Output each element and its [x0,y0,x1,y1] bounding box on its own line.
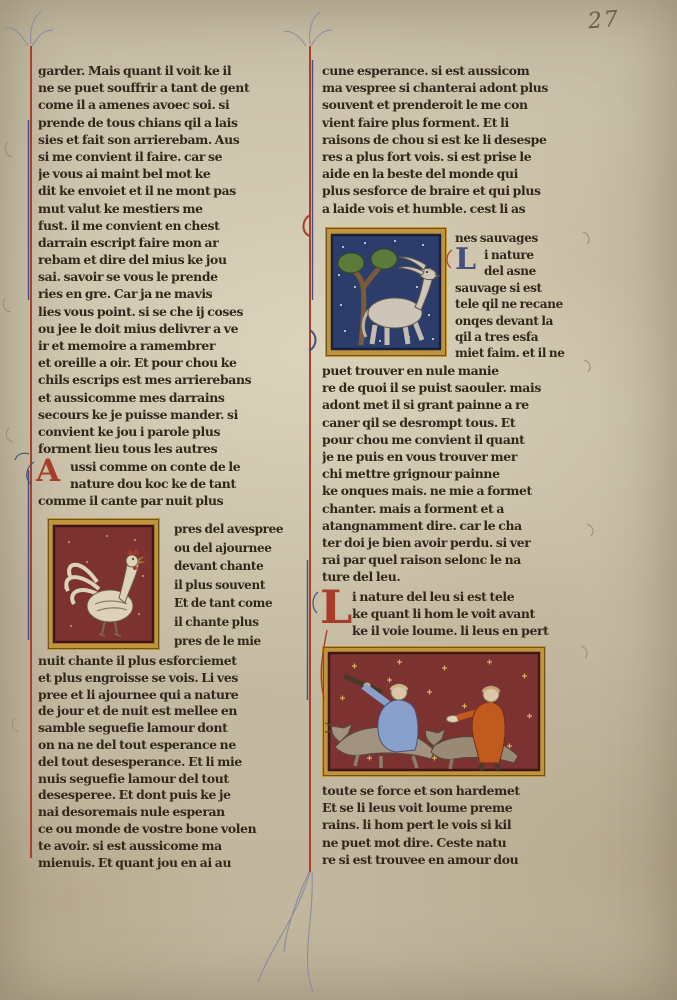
text-line: lies vous point. si se che ij coses [38,303,294,320]
cock-miniature-art [47,518,160,650]
text-line: ou del ajournee [174,539,294,558]
text-line: ke onques mais. ne mie a formet [322,482,580,499]
text-line: garder. Mais quant il voit ke il [38,62,294,79]
text-line: qil a tres esfa [455,329,581,345]
text-line: caner qil se desrompt tous. Et [322,414,580,431]
cock-miniature [47,518,160,654]
text-line: pree et li ajournee qui a nature [38,687,294,704]
text-line: adont met il si grant painne a re [322,396,580,413]
text-line: pres del avespree [174,520,294,539]
text-line: onqes devant la [455,313,581,329]
text-line: i nature del leu si est tele [352,588,580,605]
text-line: sai. savoir se vous le prende [38,268,294,285]
text-line: pour chou me convient il quant [322,431,580,448]
text-line: cune esperance. si est aussicom [322,62,580,79]
text-line: pres de le mie [174,632,294,651]
text-line: del asne [484,263,582,279]
text-line: ke il voie loume. li leus en pert [352,622,580,639]
text-line: toute se force et son hardemet [322,782,580,799]
left-column-initial-a-text: ussi comme on conte de lenature dou koc … [70,458,294,492]
text-line: aide en la beste del monde qui [322,165,580,182]
photograph-frame: 27 garder. Mais quant il voit ke ilne se… [0,0,677,1000]
text-line: convient ke jou i parole plus [38,423,294,440]
text-line: re si est trouvee en amour dou [322,851,580,868]
text-line: ture del leu. [322,568,580,585]
folio-number: 27 [587,7,621,35]
text-line: ir et memoire a ramembrer [38,337,294,354]
blue-robe [378,700,418,752]
text-line: nuis seguefie lamour del tout [38,771,294,788]
left-column-lower-text: nuit chante il plus esforciemetet plus e… [38,653,294,871]
text-line: ke quant li hom le voit avant [352,605,580,622]
text-line: vient faire plus forment. Et li [322,114,580,131]
text-line: comme il cante par nuit plus [38,492,294,509]
eye [132,558,134,560]
manuscript-page: 27 garder. Mais quant il voit ke ilne se… [0,0,677,1000]
text-line: atangnamment dire. car le cha [322,517,580,534]
text-line: rains. li hom pert le vois si kil [322,816,580,833]
left-column-upper-text: garder. Mais quant il voit ke ilne se pu… [38,62,294,457]
text-line: je vous ai maint bel mot ke [38,165,294,182]
text-line: ce ou monde de vostre bone volen [38,821,294,838]
text-line: mut valut ke mestiers me [38,200,294,217]
text-line: i nature [484,247,582,263]
text-line: rai par quel raison selonc le na [322,551,580,568]
head [126,555,138,567]
rule-hook [303,215,310,236]
text-line: a laide vois et humble. cest li as [322,200,580,217]
tree-foliage [371,249,397,269]
decorated-initial-a: A [36,456,60,487]
text-line: prende de tous chians qil a lais [38,114,294,131]
text-line: puet trouver en nule manie [322,362,580,379]
text-line: fust. il me convient en chest [38,217,294,234]
text-line: mienuis. Et quant jou en ai au [38,855,294,872]
top-flourish [284,12,332,46]
tree-foliage [338,253,364,273]
text-line: nai desoremais nule esperan [38,804,294,821]
text-line: ne se puet souffrir a tant de gent [38,79,294,96]
text-line: ou jee le doit mius delivrer a ve [38,320,294,337]
wild-ass-miniature [325,227,447,361]
text-line: plus sesforce de braire et qui plus [322,182,580,199]
wattle [133,566,137,570]
wild-ass-miniature-art [325,227,447,357]
text-line: nuit chante il plus esforciemet [38,653,294,670]
rule-hook [309,330,316,351]
text-line: ne puet mot dire. Ceste natu [322,834,580,851]
text-line: sauvage si est [455,280,581,296]
decorated-initial-l-leu: L [320,584,352,630]
text-line: et plus engroisse se vois. Li ves [38,670,294,687]
wolves-miniature [322,646,546,781]
text-line: darrain escript faire mon ar [38,234,294,251]
text-line: secours ke je puisse mander. si [38,406,294,423]
wolves-miniature-art [322,646,546,777]
text-line: forment lieu tous les autres [38,440,294,457]
text-line: il plus souvent [174,576,294,595]
text-line: sies et fait son arrierebam. Aus [38,131,294,148]
decorated-initial-l-asne: L [455,245,476,275]
right-column-lower-text: toute se force et son hardemetEt se li l… [322,782,580,868]
right-column-mid-text: puet trouver en nule maniere de quoi il … [322,362,580,585]
text-line: dit ke envoiet et il ne mont pas [38,182,294,199]
right-column-initial-l1-text: i naturedel asne [484,247,582,280]
text-line: souvent et prenderoit le me con [322,96,580,113]
text-line: rebam et dire del mius ke jou [38,251,294,268]
text-line: res a plus fort vois. si est prise le [322,148,580,165]
text-line: de jour et de nuit est mellee en [38,703,294,720]
text-line: come il a amenes avoec soi. si [38,96,294,113]
text-line: del tout desesperance. Et li mie [38,754,294,771]
text-line: nature dou koc ke de tant [70,475,294,492]
top-flourish [6,12,53,46]
text-line: samble seguefie lamour dont [38,720,294,737]
text-line: Et se li leus voit loume preme [322,799,580,816]
text-line: si me convient il faire. car se [38,148,294,165]
text-line: je ne puis en vous trouver mer [322,448,580,465]
body [368,298,422,328]
left-column-text-beside-cock: pres del avespreeou del ajourneedevant c… [174,520,294,650]
text-line: ma vespree si chanterai adont plus [322,79,580,96]
text-line: Et de tant come [174,594,294,613]
text-line: on na ne del tout esperance ne [38,737,294,754]
text-line: miet faim. et il ne [455,345,581,361]
text-line: et oreille a oir. Et pour chou ke [38,354,294,371]
bottom-flourish [258,872,313,992]
text-line: et aussicomme mes darrains [38,389,294,406]
text-line: raisons de chou si est ke li desespe [322,131,580,148]
text-line: tele qil ne recane [455,296,581,312]
text-line: chi mettre grignour painne [322,465,580,482]
text-line: devant chante [174,557,294,576]
right-column-text-beside-ass: sauvage si esttele qil ne recaneonqes de… [455,280,581,361]
text-line: ries en gre. Car ja ne mavis [38,285,294,302]
eye [426,271,428,273]
text-line: il chante plus [174,613,294,632]
left-column-initial-a-text-full: comme il cante par nuit plus [38,492,294,509]
right-column-upper-text: cune esperance. si est aussicomma vespre… [322,62,580,217]
right-column-initial-l2-text: i nature del leu si est teleke quant li … [352,588,580,640]
text-line: te avoir. si est aussicome ma [38,838,294,855]
text-line: desesperee. Et dont puis ke je [38,787,294,804]
text-line: chils escrips est mes arrierebans [38,371,294,388]
text-line: ussi comme on conte de le [70,458,294,475]
text-line: re de quoi il se puist saouler. mais [322,379,580,396]
text-line: ter doi je bien avoir perdu. si ver [322,534,580,551]
text-line: chanter. mais a forment et a [322,500,580,517]
